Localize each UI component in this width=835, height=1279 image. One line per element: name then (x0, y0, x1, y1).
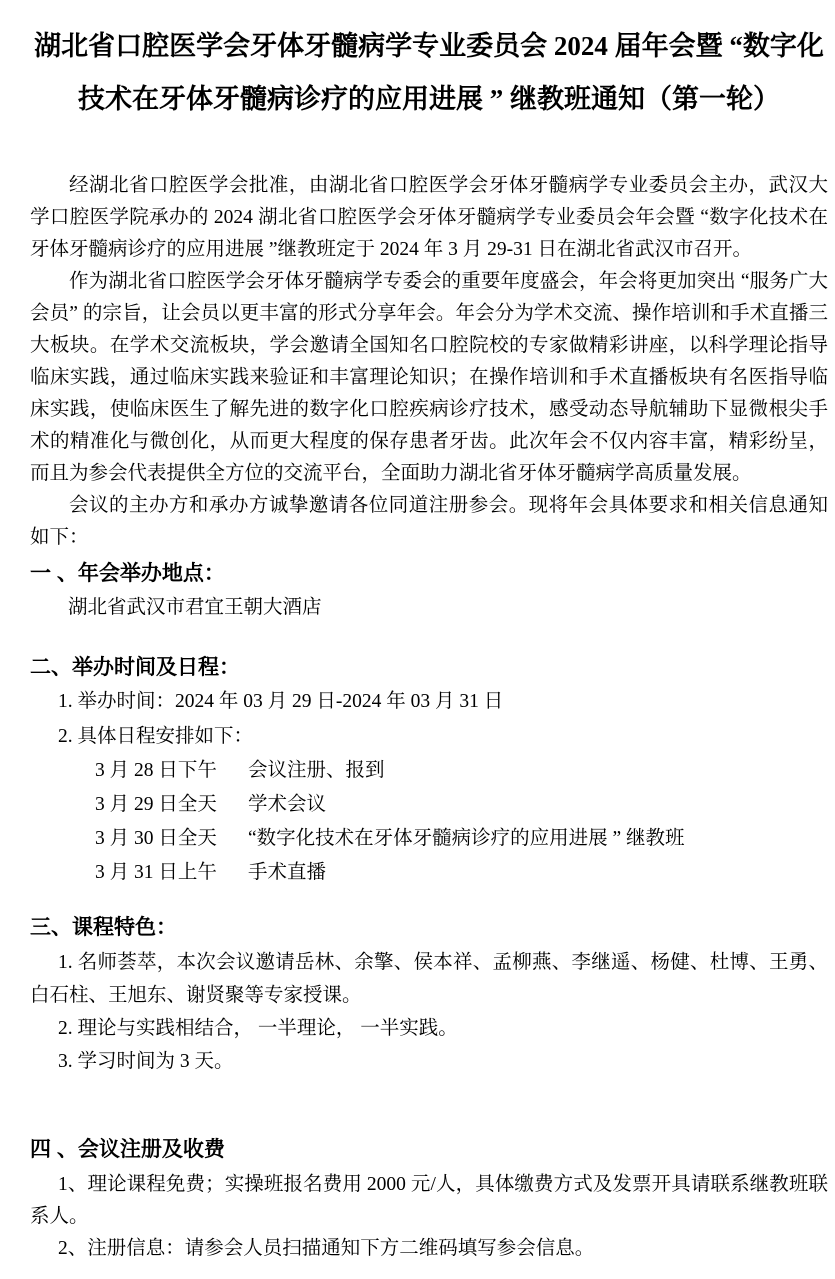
section-2-heading: 二、举办时间及日程： (30, 654, 828, 682)
document-page: 湖北省口腔医学会牙体牙髓病学专业委员会 2024 届年会暨 “数字化 技术在牙体… (0, 0, 835, 1279)
section-3-item-theory-practice: 2. 理论与实践相结合， 一半理论， 一半实践。 (30, 1012, 828, 1045)
schedule-time: 3 月 28 日下午 (95, 754, 248, 788)
schedule-activity: 会议注册、报到 (248, 754, 828, 788)
schedule-time: 3 月 30 日全天 (95, 822, 248, 856)
schedule-activity: 学术会议 (248, 788, 828, 822)
section-3-item-speakers: 1. 名师荟萃，本次会议邀请岳林、余擎、侯本祥、孟柳燕、李继遥、杨健、杜博、王勇… (30, 946, 828, 1012)
schedule-row: 3 月 30 日全天 “数字化技术在牙体牙髓病诊疗的应用进展 ” 继教班 (95, 822, 828, 856)
schedule-row: 3 月 29 日全天 学术会议 (95, 788, 828, 822)
section-2-item-schedule-intro: 2. 具体日程安排如下： (30, 719, 828, 754)
section-4-item-registration: 2、注册信息：请参会人员扫描通知下方二维码填写参会信息。 (30, 1233, 828, 1265)
section-4-item-fee: 1、理论课程免费；实操班报名费用 2000 元/人，具体缴费方式及发票开具请联系… (30, 1169, 828, 1233)
schedule-time: 3 月 29 日全天 (95, 788, 248, 822)
schedule-row: 3 月 28 日下午 会议注册、报到 (95, 754, 828, 788)
intro-paragraph-2: 作为湖北省口腔医学会牙体牙髓病学专委会的重要年度盛会，年会将更加突出 “服务广大… (30, 266, 828, 490)
section-3-item-duration: 3. 学习时间为 3 天。 (30, 1045, 828, 1078)
section-1-venue: 湖北省武汉市君宜王朝大酒店 (30, 592, 828, 624)
section-3-heading: 三、课程特色： (30, 914, 828, 942)
document-title-line-1: 湖北省口腔医学会牙体牙髓病学专业委员会 2024 届年会暨 “数字化 (30, 20, 828, 73)
document-title-line-2: 技术在牙体牙髓病诊疗的应用进展 ” 继教班通知（第一轮） (30, 73, 828, 126)
schedule-time: 3 月 31 日上午 (95, 856, 248, 890)
intro-paragraph-1: 经湖北省口腔医学会批准，由湖北省口腔医学会牙体牙髓病学专业委员会主办，武汉大学口… (30, 170, 828, 266)
document-title: 湖北省口腔医学会牙体牙髓病学专业委员会 2024 届年会暨 “数字化 技术在牙体… (30, 20, 828, 126)
schedule-activity: 手术直播 (248, 856, 828, 890)
intro-paragraph-3: 会议的主办方和承办方诚挚邀请各位同道注册参会。现将年会具体要求和相关信息通知如下… (30, 490, 828, 554)
section-2-item-time: 1. 举办时间：2024 年 03 月 29 日-2024 年 03 月 31 … (30, 684, 828, 719)
schedule-row: 3 月 31 日上午 手术直播 (95, 856, 828, 890)
section-4-heading: 四 、会议注册及收费 (30, 1136, 828, 1164)
section-1-heading: 一 、年会举办地点： (30, 560, 828, 588)
schedule-activity: “数字化技术在牙体牙髓病诊疗的应用进展 ” 继教班 (248, 822, 828, 856)
